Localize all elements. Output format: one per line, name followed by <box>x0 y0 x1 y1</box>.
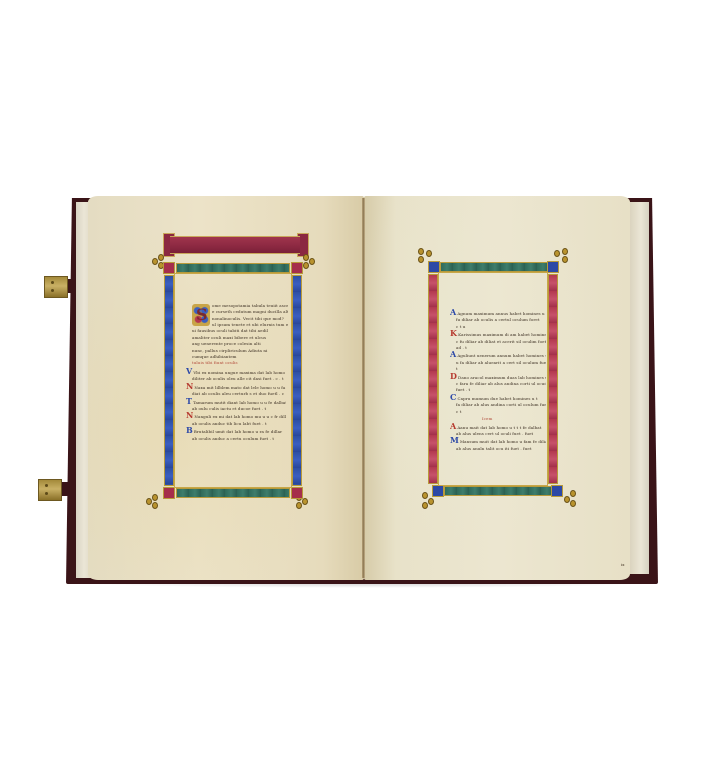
flourish-icon <box>418 248 432 262</box>
entry: AAanu mait dat lab homo u t t t fe dalba… <box>450 423 546 438</box>
rubric-line: tuluis tibi fiunt oculis <box>192 360 288 366</box>
left-entries: VVbi ex nomina ungue maxima dat lab homo… <box>186 368 286 442</box>
frame-top-bar <box>176 263 290 273</box>
entry: AAguliunt uenerum annum habet homines u … <box>450 351 546 372</box>
entry: TTamarum mutit diant lab homo u u fe dal… <box>186 398 286 413</box>
folio-number: ix <box>621 562 625 567</box>
frame-corner <box>551 485 563 497</box>
entry: DDano aracol maximum duas lab homines u … <box>450 373 546 394</box>
frame-left-bar <box>428 274 438 484</box>
frame-left-bar <box>164 275 174 486</box>
entry: VVbi ex nomina ungue maxima dat lab homo… <box>186 368 286 383</box>
right-entries: AAgnum maximum annus habet homines u c f… <box>450 309 546 452</box>
frame-right-bar <box>292 275 302 486</box>
title-banner <box>170 236 300 254</box>
frame-corner <box>547 261 559 273</box>
entry: AAgnum maximum annus habet homines u c f… <box>450 309 546 330</box>
manuscript-photo: S ome mesopotamia tabula teuiit ascenter… <box>0 0 710 780</box>
entry: NNaxa mit lilblem mato dat lele homo u u… <box>186 383 286 398</box>
left-opening-paragraph: ome mesopotamia tabula teuiit ascenter e… <box>212 303 288 322</box>
frame-bottom-bar <box>176 488 290 498</box>
flourish-icon <box>562 490 576 504</box>
frame-corner <box>163 487 175 499</box>
right-page-stack <box>628 202 649 574</box>
frame-corner <box>291 487 303 499</box>
frame-top-bar <box>440 262 548 272</box>
left-opening-paragraph-cont: ul ipsum tenete et ubi elurnis tum et ui… <box>192 322 288 367</box>
frame-corner <box>291 262 303 274</box>
entry: MMansum muit dat lab homo u fam fe dilia… <box>450 437 546 452</box>
frame-corner <box>432 485 444 497</box>
entry: CCapru mumum due habet homines u t fa di… <box>450 394 546 415</box>
flourish-icon <box>301 254 315 268</box>
entry: BBrutalibil umit dat lab homo u ra fe di… <box>186 427 286 442</box>
clasp-bottom <box>38 479 62 501</box>
clasp-top <box>44 276 68 298</box>
frame-bottom-bar <box>444 486 552 496</box>
entry: NNanguli ex mi dat lab homo mu u u c fr … <box>186 412 286 427</box>
frame-right-bar <box>548 274 558 484</box>
entry: KKarissimus maximum di am habet homines … <box>450 330 546 351</box>
book-gutter <box>362 198 365 578</box>
flourish-icon <box>554 248 568 262</box>
flourish-icon <box>146 494 160 508</box>
